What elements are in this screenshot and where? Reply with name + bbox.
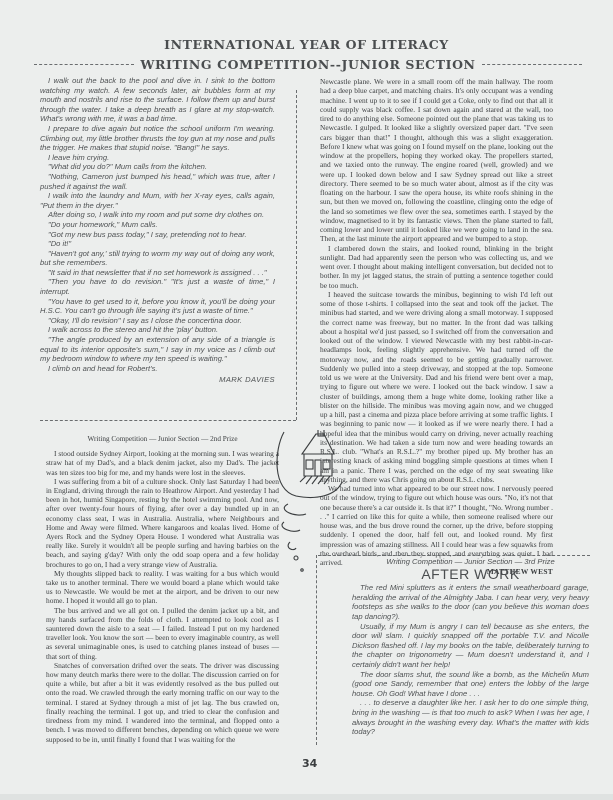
first-prize-author: MARK DAVIES	[40, 375, 275, 385]
paragraph: Usually, if my Mum is angry I can tell b…	[352, 622, 589, 670]
paragraph: I walk across to the stereo and hit the …	[40, 325, 275, 335]
paragraph: I clambered down the stairs, and looked …	[320, 244, 553, 290]
third-prize-box-left	[316, 555, 317, 745]
paragraph: Snatches of conversation drifted over th…	[46, 661, 279, 744]
paragraph: "Then you have to do revision." "It's ju…	[40, 277, 275, 296]
paragraph: "The angle produced by an extension of a…	[40, 335, 275, 364]
section-title-separator: --	[330, 57, 342, 72]
section-title-left: WRITING COMPETITION	[140, 57, 330, 72]
third-prize-title: AFTER WORK	[352, 570, 589, 580]
paragraph: Newcastle plane. We were in a small room…	[320, 77, 553, 244]
paragraph: My thoughts slipped back to reality. I w…	[46, 569, 279, 606]
paragraph: I climb on and head for Robert's.	[40, 364, 275, 374]
section-title-right: JUNIOR SECTION	[342, 57, 476, 72]
paragraph: The red Mini splutters as it enters the …	[352, 583, 589, 621]
section-title-row: WRITING COMPETITION -- JUNIOR SECTION	[28, 55, 588, 73]
first-prize-story: I walk out the back to the pool and dive…	[40, 76, 275, 385]
paragraph: I walk out the back to the pool and dive…	[40, 76, 275, 124]
page-bottom-edge	[0, 794, 613, 800]
paragraph: "Do it!"	[40, 239, 275, 249]
paragraph: . . . to deserve a daughter like her. I …	[352, 698, 589, 736]
dash-rule-left	[34, 64, 134, 65]
paragraph: I leave him crying.	[40, 153, 275, 163]
paragraph: I prepare to dive again but notice the s…	[40, 124, 275, 153]
third-prize-box-top	[318, 555, 590, 556]
paragraph: The bus arrived and we all got on. I pul…	[46, 606, 279, 661]
second-prize-heading: Writing Competition — Junior Section — 2…	[46, 435, 279, 444]
page-number: 34	[302, 757, 317, 770]
magazine-page: INTERNATIONAL YEAR OF LITERACY WRITING C…	[0, 0, 613, 800]
paragraph: I walk into the laundry and Mum, with he…	[40, 191, 275, 210]
second-prize-story-col1: Writing Competition — Junior Section — 2…	[46, 435, 279, 744]
paragraph: "What did you do?" Mum calls from the ki…	[40, 162, 275, 172]
paragraph: "Okay, I'll do revision" I say as I clos…	[40, 316, 275, 326]
paragraph: After doing so, I walk into my room and …	[40, 210, 275, 220]
paragraph: "Haven't got any,' still trying to worm …	[40, 249, 275, 268]
paragraph: "It said in that newsletter that if no s…	[40, 268, 275, 278]
story-divider	[40, 420, 296, 421]
paragraph: I stood outside Sydney Airport, looking …	[46, 449, 279, 477]
column-divider	[296, 90, 297, 420]
dash-rule-right	[482, 64, 582, 65]
paragraph: "You have to get used to it, before you …	[40, 297, 275, 316]
paragraph: The door slams shut, the sound like a bo…	[352, 670, 589, 699]
paragraph: "Got my new bus pass today," I say, pret…	[40, 230, 275, 240]
paragraph: I was suffering from a bit of a culture …	[46, 477, 279, 569]
paragraph: "Nothing, Cameron just bumped his head,"…	[40, 172, 275, 191]
paragraph: "Do your homework," Mum calls.	[40, 220, 275, 230]
page-title: INTERNATIONAL YEAR OF LITERACY	[0, 37, 613, 52]
third-prize-story: Writing Competition — Junior Section — 3…	[352, 557, 589, 737]
